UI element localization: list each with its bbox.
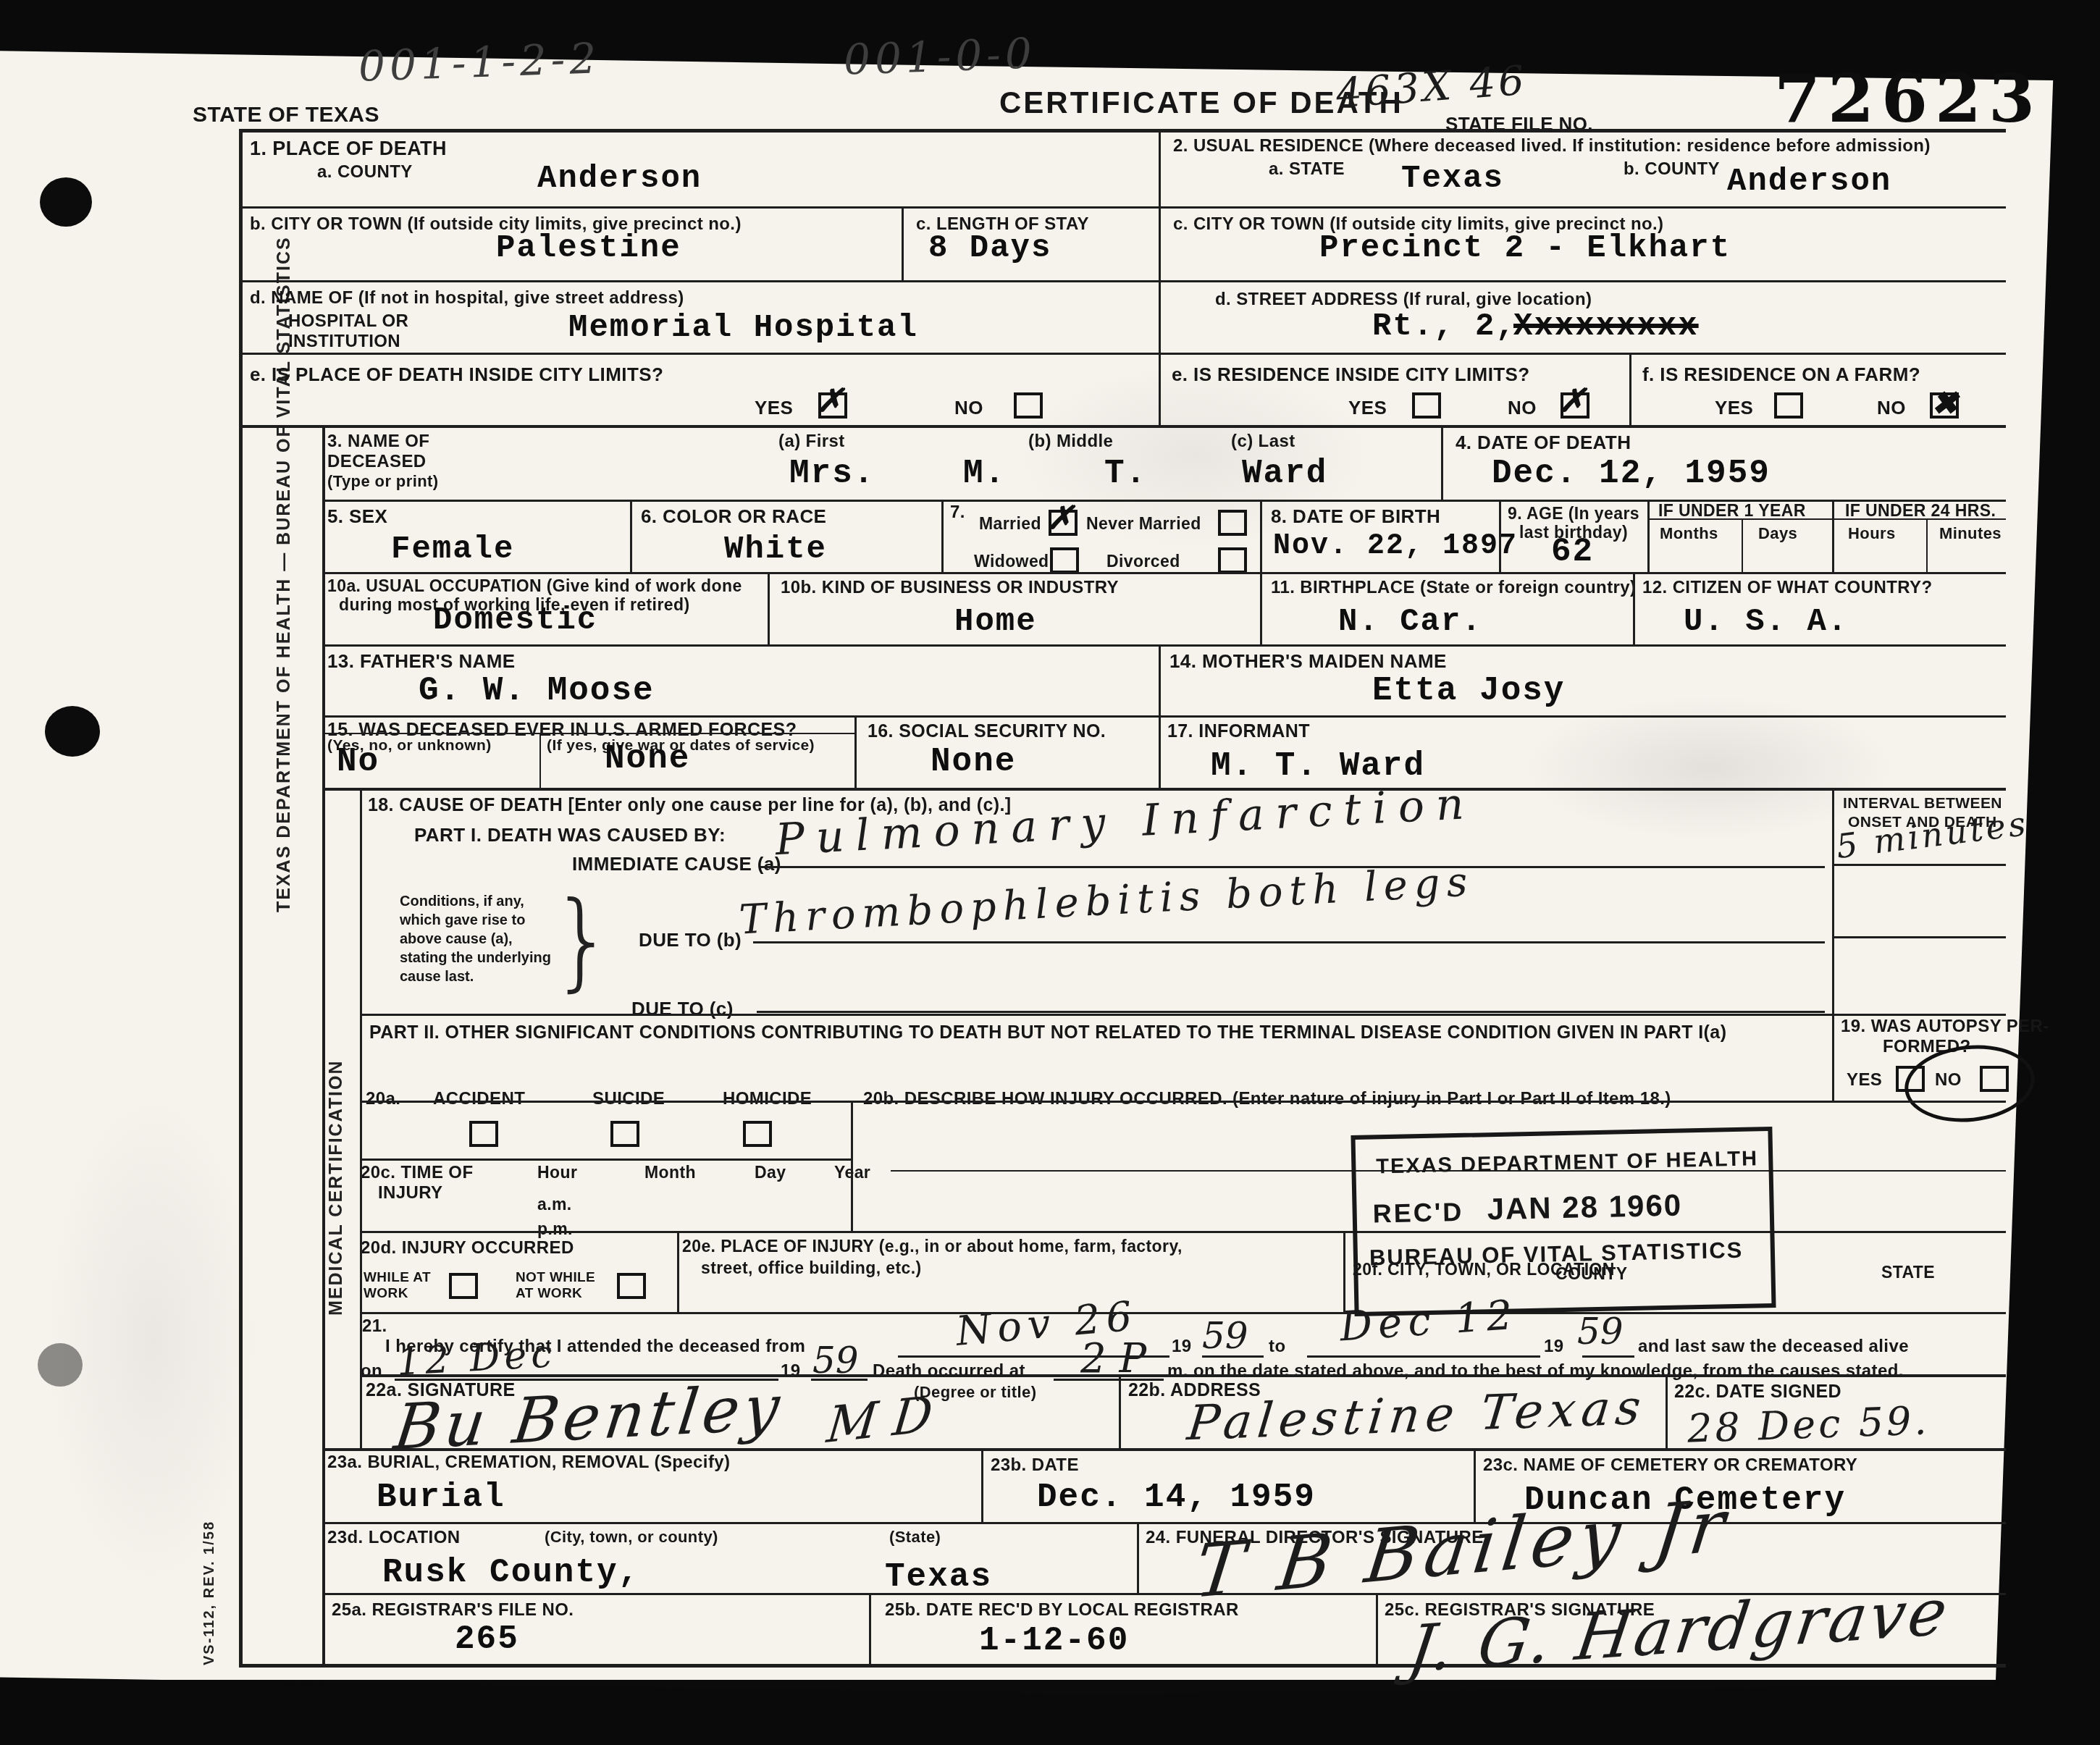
grid-line xyxy=(941,500,944,572)
divorced-checkbox xyxy=(1218,547,1247,573)
race-value: White xyxy=(724,531,827,568)
industry-value: Home xyxy=(954,604,1037,640)
grid-line xyxy=(1159,644,1161,715)
name-of-deceased-label: 3. NAME OF xyxy=(327,432,429,452)
degree-handwritten: M D xyxy=(824,1386,935,1455)
time-of-injury-label: INJURY xyxy=(378,1183,443,1203)
brace-glyph: } xyxy=(550,879,615,1003)
grid-line xyxy=(539,733,541,788)
grid-line xyxy=(239,280,2006,282)
grid-line xyxy=(1159,129,1161,425)
grid-line xyxy=(322,1448,2006,1451)
grid-line xyxy=(1832,788,1834,1101)
place-city-value: Palestine xyxy=(496,230,681,266)
burial-type-label: 23a. BURIAL, CREMATION, REMOVAL (Specify… xyxy=(327,1452,730,1473)
no-label: NO xyxy=(954,397,983,419)
on-label: on xyxy=(361,1361,382,1382)
not-while-at-work-label: AT WORK xyxy=(516,1286,582,1302)
last-name-value: Ward xyxy=(1242,455,1327,492)
part1-label: PART I. DEATH WAS CAUSED BY: xyxy=(414,824,726,846)
place-county-value: Anderson xyxy=(537,161,702,197)
hole-punch xyxy=(45,706,100,757)
burial-date-label: 23b. DATE xyxy=(991,1455,1079,1476)
grid-line xyxy=(1647,518,2006,520)
informant-value: M. T. Ward xyxy=(1211,747,1425,785)
name-title-value: Mrs. xyxy=(789,455,875,492)
grid-line xyxy=(360,1374,2006,1377)
armed-forces-value: No xyxy=(337,743,379,781)
grid-line xyxy=(753,941,1825,943)
grid-line xyxy=(360,788,362,1448)
residence-county-value: Anderson xyxy=(1727,164,1891,200)
grid-line xyxy=(1582,1355,1634,1358)
grid-line xyxy=(322,715,2006,718)
mothers-maiden-name-label: 14. MOTHER'S MAIDEN NAME xyxy=(1169,650,1447,673)
grid-line xyxy=(981,1448,983,1522)
hour-label: Hour xyxy=(537,1163,577,1182)
grid-line xyxy=(1159,715,1161,788)
burial-location-state-value: Texas xyxy=(885,1558,992,1596)
no-label: NO xyxy=(1877,397,1906,419)
married-label: Married xyxy=(979,514,1041,534)
am-label: a.m. xyxy=(537,1195,572,1214)
grid-line xyxy=(1633,572,1635,644)
suicide-checkbox xyxy=(610,1121,639,1147)
scan-artifact xyxy=(43,1086,261,1593)
grid-line xyxy=(360,1101,2006,1103)
place-inside-city-yes-checkbox: ✗ xyxy=(818,392,847,419)
residence-inside-city-label: e. IS RESIDENCE INSIDE CITY LIMITS? xyxy=(1172,363,1530,386)
residence-farm-label: f. IS RESIDENCE ON A FARM? xyxy=(1642,363,1920,386)
to-year-handwritten: 59 xyxy=(1577,1311,1624,1353)
birthplace-value: N. Car. xyxy=(1338,604,1482,640)
occupation-label: 10a. USUAL OCCUPATION (Give kind of work… xyxy=(327,576,742,596)
grid-line xyxy=(898,1355,1169,1358)
divorced-label: Divorced xyxy=(1106,552,1180,571)
to-label: to xyxy=(1269,1337,1285,1357)
grid-line xyxy=(322,572,2006,574)
cemetery-label: 23c. NAME OF CEMETERY OR CREMATORY xyxy=(1483,1455,1857,1476)
ssn-label: 16. SOCIAL SECURITY NO. xyxy=(868,721,1106,742)
armed-forces-service-value: None xyxy=(605,740,690,778)
stamp-line1: TEXAS DEPARTMENT OF HEALTH xyxy=(1376,1147,1758,1179)
state-file-number: 72623 xyxy=(1774,59,2042,138)
grid-line xyxy=(1441,425,1443,500)
minutes-label: Minutes xyxy=(1939,524,2002,543)
grid-line xyxy=(851,1101,853,1231)
time-of-injury-label: 20c. TIME OF xyxy=(361,1163,474,1183)
sex-value: Female xyxy=(391,531,514,568)
grid-line xyxy=(360,1312,2006,1314)
if-under-24-hrs-label: IF UNDER 24 HRS. xyxy=(1845,501,1996,521)
grid-line xyxy=(1343,1231,1345,1312)
industry-label: 10b. KIND OF BUSINESS OR INDUSTRY xyxy=(781,578,1119,598)
year-prefix: 19 xyxy=(1544,1337,1564,1357)
hospital-label: d. NAME OF (If not in hospital, give str… xyxy=(250,288,684,308)
handwritten-code: 001-1-2-2 xyxy=(358,33,601,91)
registrar-file-label: 25a. REGISTRAR'S FILE NO. xyxy=(332,1600,574,1620)
grid-line xyxy=(395,1379,778,1381)
middle-name-value: T. xyxy=(1104,455,1147,492)
date-of-death-value: Dec. 12, 1959 xyxy=(1492,455,1771,492)
residence-city-value: Precinct 2 - Elkhart xyxy=(1319,230,1731,266)
hours-label: Hours xyxy=(1848,524,1896,543)
place-county-label: a. COUNTY xyxy=(317,162,413,182)
residence-state-label: a. STATE xyxy=(1269,159,1345,180)
due-to-c-label: DUE TO (c) xyxy=(631,998,734,1020)
grid-line xyxy=(1742,518,1743,572)
grid-line xyxy=(1647,500,1650,572)
grid-line xyxy=(902,206,904,280)
place-of-injury-label: 20e. PLACE OF INJURY (e.g., in or about … xyxy=(682,1237,1183,1256)
occupation-value: Domestic xyxy=(433,602,597,639)
yes-label: YES xyxy=(1715,397,1753,419)
grid-line xyxy=(1832,864,2006,866)
first-name-value: M. xyxy=(963,455,1006,492)
burial-type-value: Burial xyxy=(377,1479,505,1516)
causes-stated-text: m. on the date stated above, and to the … xyxy=(1167,1361,1904,1382)
ssn-value: None xyxy=(931,743,1016,781)
grid-line xyxy=(360,1014,2006,1016)
grid-line xyxy=(1499,500,1501,572)
burial-location-city-value: Rusk County, xyxy=(382,1554,639,1591)
medical-certification-label: MEDICAL CERTIFICATION xyxy=(326,992,347,1383)
residence-farm-yes-checkbox xyxy=(1774,392,1803,419)
street-address-label: d. STREET ADDRESS (If rural, give locati… xyxy=(1215,290,1592,310)
grid-line xyxy=(239,353,2006,355)
yes-label: YES xyxy=(1847,1070,1882,1090)
residence-state-value: Texas xyxy=(1401,161,1504,197)
date-signed-handwritten: 28 Dec 59. xyxy=(1687,1397,1930,1452)
grid-line xyxy=(322,733,854,734)
birthplace-label: 11. BIRTHPLACE (State or foreign country… xyxy=(1271,578,1636,598)
grid-line xyxy=(1307,1355,1540,1358)
pm-label: p.m. xyxy=(537,1219,573,1239)
citizen-label: 12. CITIZEN OF WHAT COUNTRY? xyxy=(1642,578,1933,598)
homicide-label: HOMICIDE xyxy=(723,1089,812,1109)
grid-line xyxy=(1202,1355,1264,1358)
grid-line xyxy=(677,1231,679,1312)
place-of-death-section-label: 1. PLACE OF DEATH xyxy=(250,138,447,160)
middle-name-label: (b) Middle xyxy=(1028,432,1113,452)
not-while-at-work-label: NOT WHILE xyxy=(516,1270,595,1286)
marital-status-label: 7. xyxy=(950,503,965,523)
street-address-struck-value: Xxxxxxxxx xyxy=(1513,308,1699,345)
suicide-label: SUICIDE xyxy=(592,1089,665,1109)
date-signed-label: 22c. DATE SIGNED xyxy=(1674,1382,1841,1403)
year-prefix: 19 xyxy=(1172,1337,1192,1357)
months-label: Months xyxy=(1660,524,1718,543)
grid-line xyxy=(1666,1374,1668,1448)
grid-line xyxy=(1926,518,1928,572)
married-checkbox: ✗ xyxy=(1049,510,1078,536)
grid-line xyxy=(322,644,2006,647)
age-label: 9. AGE (In years xyxy=(1508,504,1639,523)
citizen-value: U. S. A. xyxy=(1684,604,1848,640)
residence-inside-city-no-checkbox: ✗ xyxy=(1561,392,1589,419)
never-married-label: Never Married xyxy=(1086,514,1201,534)
stamp-date: JAN 28 1960 xyxy=(1487,1188,1682,1227)
not-while-at-work-checkbox xyxy=(617,1273,646,1299)
race-label: 6. COLOR OR RACE xyxy=(641,505,826,528)
stamp-recd-label: REC'D xyxy=(1372,1197,1463,1229)
autopsy-label: 19. WAS AUTOPSY PER- xyxy=(1841,1017,2049,1037)
grid-line xyxy=(869,1593,871,1664)
item-21-label: 21. xyxy=(362,1316,387,1337)
grid-line xyxy=(1137,1522,1139,1593)
grid-line xyxy=(1119,1374,1121,1448)
grid-line xyxy=(1832,500,1834,572)
while-at-work-label: WORK xyxy=(364,1286,408,1302)
hole-punch xyxy=(40,177,92,227)
grid-line xyxy=(322,788,2006,791)
grid-line xyxy=(322,425,325,1665)
age-value: 62 xyxy=(1551,533,1594,571)
grid-line xyxy=(1376,1593,1378,1664)
first-name-label: (a) First xyxy=(778,432,845,452)
date-of-birth-label: 8. DATE OF BIRTH xyxy=(1271,505,1440,528)
never-married-checkbox xyxy=(1218,510,1247,536)
grid-line xyxy=(1260,500,1262,644)
conditions-note: Conditions, if any, which gave rise to a… xyxy=(400,892,558,986)
describe-injury-label: 20b. DESCRIBE HOW INJURY OCCURRED. (Ente… xyxy=(863,1089,1671,1109)
fathers-name-value: G. W. Moose xyxy=(419,672,655,710)
sex-label: 5. SEX xyxy=(327,505,387,528)
grid-line xyxy=(239,425,2006,428)
accident-label: ACCIDENT xyxy=(433,1089,525,1109)
mothers-maiden-name-value: Etta Josy xyxy=(1372,672,1565,710)
homicide-checkbox xyxy=(743,1121,772,1147)
form-number: VS-112, REV. 1/58 xyxy=(201,1513,218,1673)
hospital-label: HOSPITAL OR xyxy=(288,311,408,332)
widowed-label: Widowed xyxy=(974,552,1049,571)
month-label: Month xyxy=(644,1163,696,1182)
item-20a-label: 20a. xyxy=(366,1089,400,1109)
injury-state-label: STATE xyxy=(1881,1263,1935,1282)
place-of-injury-label: street, office building, etc.) xyxy=(701,1258,922,1278)
hospital-label: INSTITUTION xyxy=(288,332,400,352)
grid-line xyxy=(1832,936,2006,938)
grid-line xyxy=(760,866,1825,868)
death-certificate-scan: 001-1-2-2 001-0-0 STATE OF TEXAS CERTIFI… xyxy=(0,0,2100,1745)
yes-label: YES xyxy=(1348,397,1387,419)
grid-line xyxy=(1629,353,1631,425)
widowed-checkbox xyxy=(1050,547,1079,573)
due-to-b-label: DUE TO (b) xyxy=(639,929,742,951)
state-of-texas-label: STATE OF TEXAS xyxy=(193,103,379,127)
registrar-date-value: 1-12-60 xyxy=(979,1622,1129,1660)
residence-county-label: b. COUNTY xyxy=(1624,159,1720,180)
grid-line xyxy=(239,129,2006,133)
if-under-1-year-label: IF UNDER 1 YEAR xyxy=(1658,501,1806,521)
from-year-handwritten: 59 xyxy=(1202,1315,1248,1357)
handwritten-code: 001-0-0 xyxy=(843,28,1037,84)
registrar-file-value: 265 xyxy=(455,1620,519,1658)
stamp-line3: BUREAU OF VITAL STATISTICS xyxy=(1369,1237,1744,1271)
accident-checkbox xyxy=(469,1121,498,1147)
day-label: Day xyxy=(755,1163,786,1182)
grid-line xyxy=(239,129,243,1665)
grid-line xyxy=(811,1379,868,1381)
name-of-deceased-label: (Type or print) xyxy=(327,472,438,491)
date-of-birth-value: Nov. 22, 1897 xyxy=(1273,530,1518,563)
place-inside-city-label: e. IS PLACE OF DEATH INSIDE CITY LIMITS? xyxy=(250,363,663,386)
left-margin-agency-text: TEXAS DEPARTMENT OF HEALTH — BUREAU OF V… xyxy=(274,304,295,912)
grid-line xyxy=(757,1011,1825,1013)
residence-section-label: 2. USUAL RESIDENCE (Where deceased lived… xyxy=(1173,136,1931,156)
burial-date-value: Dec. 14, 1959 xyxy=(1037,1479,1316,1516)
fathers-name-label: 13. FATHER'S NAME xyxy=(327,650,516,673)
injury-occurred-label: 20d. INJURY OCCURRED xyxy=(361,1238,574,1258)
street-address-value: Rt., 2, xyxy=(1372,308,1516,345)
grid-line xyxy=(239,1664,2006,1668)
grid-line xyxy=(322,500,2006,502)
residence-farm-no-checkbox: ✖ xyxy=(1930,392,1959,419)
yes-label: YES xyxy=(755,397,793,419)
length-of-stay-value: 8 Days xyxy=(928,230,1051,266)
grid-line xyxy=(630,500,632,572)
residence-inside-city-yes-checkbox xyxy=(1412,392,1441,419)
hospital-value: Memorial Hospital xyxy=(568,310,918,346)
burial-location-sublabel: (State) xyxy=(889,1528,941,1547)
while-at-work-checkbox xyxy=(449,1273,478,1299)
burial-location-label: 23d. LOCATION xyxy=(327,1528,460,1548)
grid-line xyxy=(322,1522,2006,1524)
grid-line xyxy=(768,572,770,644)
grid-line xyxy=(854,715,857,788)
grid-line xyxy=(1054,1379,1164,1381)
immediate-cause-label: IMMEDIATE CAUSE (a) xyxy=(572,853,781,875)
informant-label: 17. INFORMANT xyxy=(1167,721,1310,742)
last-saw-alive-text: and last saw the deceased alive xyxy=(1638,1337,1909,1357)
part2-label: PART II. OTHER SIGNIFICANT CONDITIONS CO… xyxy=(369,1022,1726,1043)
while-at-work-label: WHILE AT xyxy=(364,1270,431,1286)
date-of-death-label: 4. DATE OF DEATH xyxy=(1456,432,1631,454)
grid-line xyxy=(239,206,2006,209)
hole-punch xyxy=(38,1343,83,1387)
registrar-date-label: 25b. DATE REC'D BY LOCAL REGISTRAR xyxy=(885,1600,1239,1620)
name-of-deceased-label: DECEASED xyxy=(327,452,427,472)
last-name-label: (c) Last xyxy=(1231,432,1295,452)
received-stamp: TEXAS DEPARTMENT OF HEALTH REC'D JAN 28 … xyxy=(1351,1127,1776,1316)
burial-location-sublabel: (City, town, or county) xyxy=(545,1528,718,1547)
place-inside-city-no-checkbox xyxy=(1014,392,1043,419)
no-label: NO xyxy=(1508,397,1537,419)
death-occurred-label: Death occurred at xyxy=(873,1361,1025,1382)
days-label: Days xyxy=(1758,524,1797,543)
grid-line xyxy=(360,1159,851,1161)
